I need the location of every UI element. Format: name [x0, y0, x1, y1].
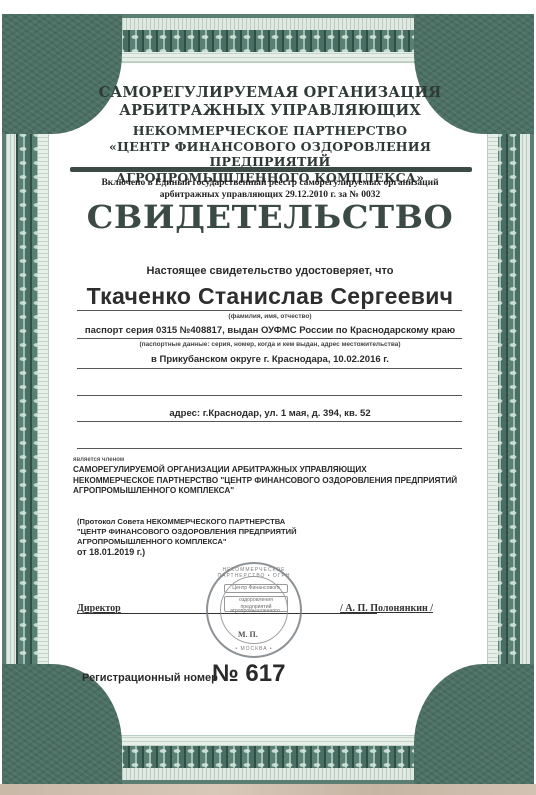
- member-org-line2: НЕКОММЕРЧЕСКОЕ ПАРТНЕРСТВО "ЦЕНТР ФИНАНС…: [73, 476, 457, 487]
- address-line: адрес: г.Краснодар, ул. 1 мая, д. 394, к…: [60, 408, 480, 419]
- org-heading-line2: АРБИТРАЖНЫХ УПРАВЛЯЮЩИХ: [60, 102, 480, 120]
- protocol-reference: (Протокол Совета НЕКОММЕРЧЕСКОГО ПАРТНЕР…: [77, 517, 297, 547]
- registry-line1: Включено в Единый государственный реестр…: [60, 177, 480, 189]
- blank-underline: [77, 395, 462, 396]
- member-organization: САМОРЕГУЛИРУЕМОЙ ОРГАНИЗАЦИИ АРБИТРАЖНЫХ…: [73, 465, 457, 497]
- stamp-ring-text: НЕКОММЕРЧЕСКОЕ ПАРТНЕРСТВО • ОГРН: [208, 567, 300, 579]
- org-heading-line1: САМОРЕГУЛИРУЕМАЯ ОРГАНИЗАЦИЯ: [60, 84, 480, 102]
- official-stamp: НЕКОММЕРЧЕСКОЕ ПАРТНЕРСТВО • ОГРН Центр …: [206, 562, 302, 658]
- registration-number: № 617: [212, 660, 285, 688]
- member-label: является членом: [73, 457, 124, 463]
- header-divider: [70, 167, 472, 172]
- protocol-line1: (Протокол Совета НЕКОММЕРЧЕСКОГО ПАРТНЕР…: [77, 517, 297, 527]
- certifies-text: Настоящее свидетельство удостоверяет, чт…: [60, 265, 480, 277]
- issued-underline: [77, 368, 462, 369]
- holder-full-name: Ткаченко Станислав Сергеевич: [60, 283, 480, 310]
- passport-line: паспорт серия 0315 №408817, выдан ОУФМС …: [60, 325, 480, 336]
- name-underline: [77, 310, 462, 311]
- partnership-line1: НЕКОММЕРЧЕСКОЕ ПАРТНЕРСТВО: [60, 123, 480, 139]
- stamp-box-line1: Центр Финансового: [224, 584, 288, 593]
- stamp-box-line3: агропромышленного: [224, 608, 286, 615]
- name-hint: (фамилия, имя, отчество): [60, 313, 480, 320]
- registration-label: Регистрационный номер: [82, 672, 218, 684]
- director-name: / А. П. Полонянкин /: [340, 603, 433, 614]
- director-label: Директор: [77, 603, 121, 614]
- address-underline: [77, 421, 462, 422]
- member-org-line1: САМОРЕГУЛИРУЕМОЙ ОРГАНИЗАЦИИ АРБИТРАЖНЫХ…: [73, 465, 457, 476]
- partnership-heading: НЕКОММЕРЧЕСКОЕ ПАРТНЕРСТВО «ЦЕНТР ФИНАНС…: [60, 123, 480, 185]
- protocol-line2: "ЦЕНТР ФИНАНСОВОГО ОЗДОРОВЛЕНИЯ ПРЕДПРИЯ…: [77, 527, 297, 537]
- partnership-line2: «ЦЕНТР ФИНАНСОВОГО ОЗДОРОВЛЕНИЯ ПРЕДПРИЯ…: [60, 139, 480, 170]
- protocol-line3: АГРОПРОМЫШЛЕННОГО КОМПЛЕКСА": [77, 537, 297, 547]
- stamp-bottom-text: • МОСКВА •: [208, 646, 300, 652]
- blank-underline-2: [77, 448, 462, 449]
- issued-line: в Прикубанском округе г. Краснодара, 10.…: [60, 354, 480, 365]
- passport-hint: (паспортные данные: серия, номер, когда …: [60, 341, 480, 348]
- passport-underline: [77, 338, 462, 339]
- org-heading: САМОРЕГУЛИРУЕМАЯ ОРГАНИЗАЦИЯ АРБИТРАЖНЫХ…: [60, 84, 480, 120]
- protocol-date: от 18.01.2019 г.): [77, 547, 145, 557]
- certificate-content: САМОРЕГУЛИРУЕМАЯ ОРГАНИЗАЦИЯ АРБИТРАЖНЫХ…: [0, 0, 536, 795]
- certificate-title: СВИДЕТЕЛЬСТВО: [50, 198, 491, 236]
- stamp-signer: М. П.: [238, 630, 258, 639]
- member-org-line3: АГРОПРОМЫШЛЕННОГО КОМПЛЕКСА": [73, 486, 457, 497]
